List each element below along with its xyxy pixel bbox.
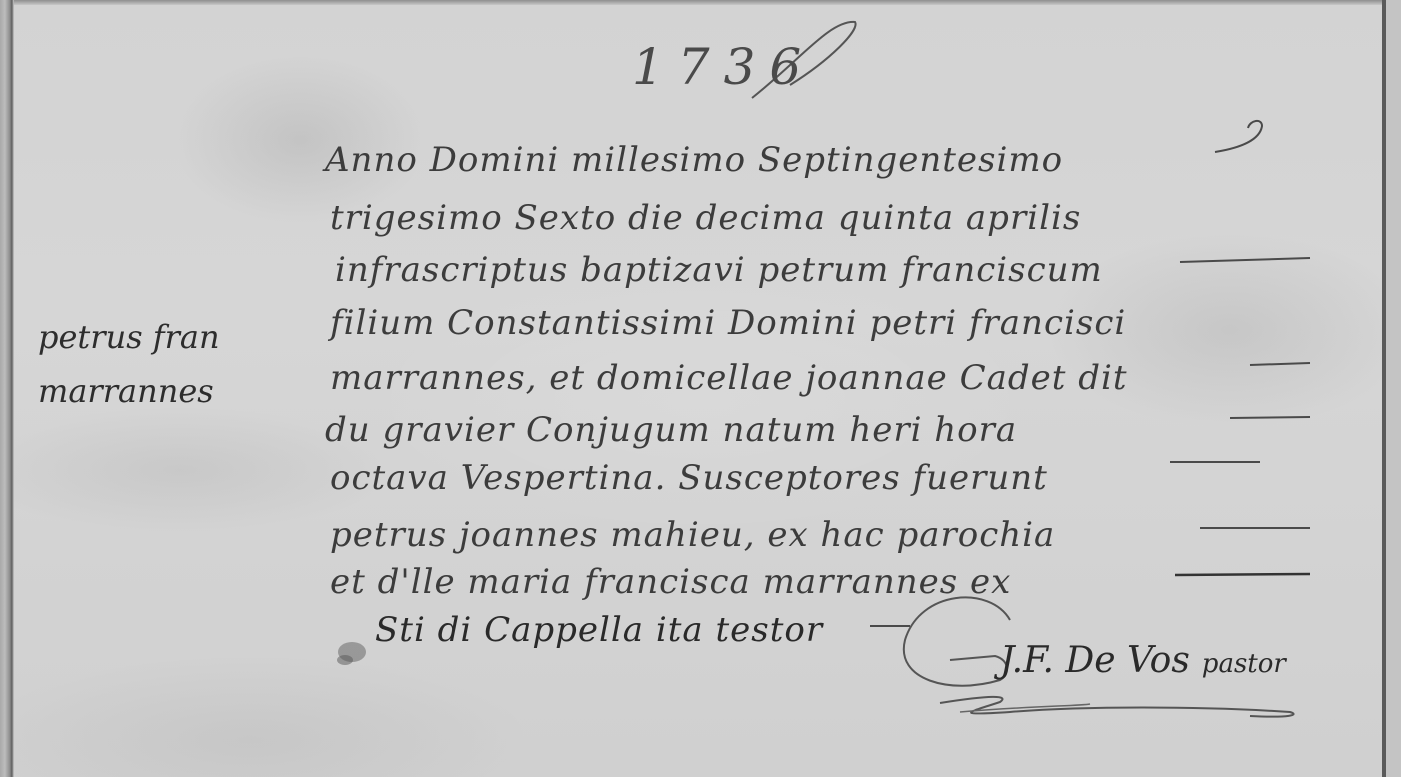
pastor-signature: J.F. De Vospastor bbox=[1000, 640, 1286, 681]
page-top-edge bbox=[0, 0, 1401, 5]
signature-title: pastor bbox=[1202, 649, 1286, 679]
body-line-9: et d'lle maria francisca marrannes ex bbox=[330, 562, 1011, 602]
body-line-8: petrus joannes mahieu, ex hac parochia bbox=[330, 515, 1055, 555]
margin-note-name: petrus fran bbox=[38, 318, 220, 356]
page-right-margin bbox=[1386, 0, 1401, 777]
body-line-4: filium Constantissimi Domini petri franc… bbox=[330, 303, 1126, 343]
year-heading: 1736 bbox=[632, 38, 815, 96]
body-line-1: Anno Domini millesimo Septingentesimo bbox=[325, 140, 1063, 180]
body-line-3: infrascriptus baptizavi petrum franciscu… bbox=[335, 250, 1103, 290]
signature-name: J.F. De Vos bbox=[1000, 640, 1190, 681]
body-line-6: du gravier Conjugum natum heri hora bbox=[325, 410, 1017, 450]
body-line-7: octava Vespertina. Susceptores fuerunt bbox=[330, 458, 1048, 498]
margin-note-surname: marrannes bbox=[38, 372, 214, 410]
page-binding-edge bbox=[0, 0, 14, 777]
document-page: 1736 petrus fran marrannes Anno Domini m… bbox=[0, 0, 1401, 777]
body-line-5: marrannes, et domicellae joannae Cadet d… bbox=[330, 358, 1128, 398]
body-line-2: trigesimo Sexto die decima quinta aprili… bbox=[330, 198, 1081, 238]
body-line-10: Sti di Cappella ita testor bbox=[375, 610, 823, 650]
